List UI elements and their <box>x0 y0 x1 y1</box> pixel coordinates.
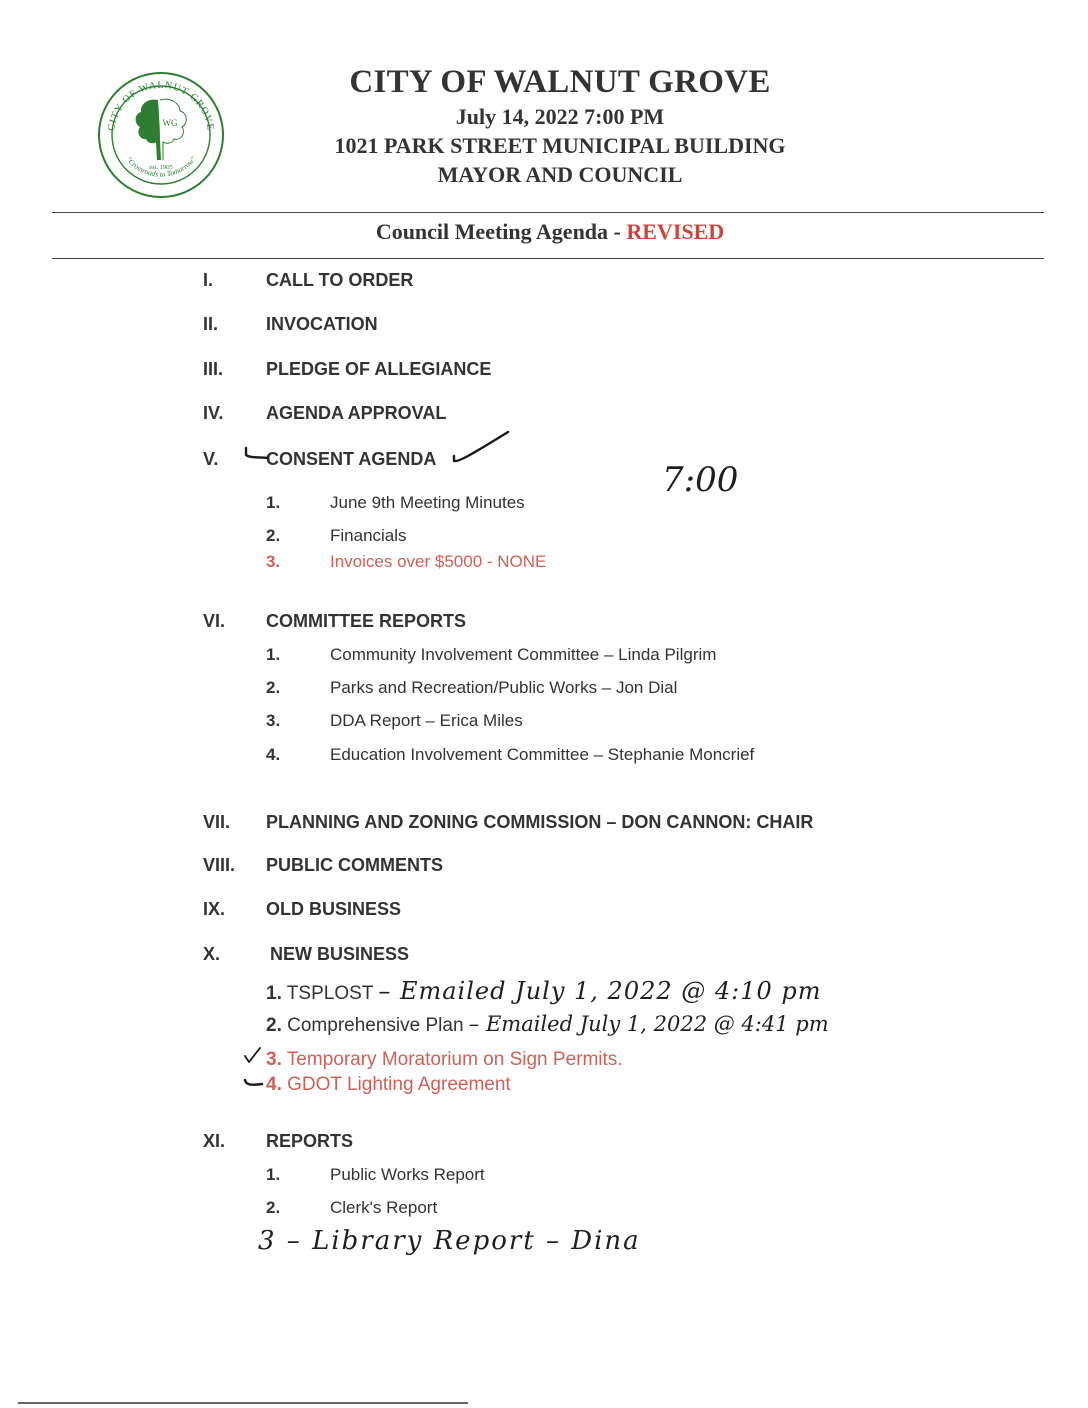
section-reports: REPORTS <box>266 1131 353 1152</box>
handwritten-emailed-note: – Emailed July 1, 2022 @ 4:10 pm <box>378 977 821 1005</box>
item-sign-moratorium: 3. Temporary Moratorium on Sign Permits. <box>266 1049 623 1071</box>
handwritten-time-note: 7:00 <box>662 460 738 500</box>
section-number: III. <box>203 359 223 380</box>
item-comprehensive-plan: 2. Comprehensive Plan – Emailed July 1, … <box>266 1012 829 1037</box>
agenda-subtitle: Council Meeting Agenda - REVISED <box>300 219 800 245</box>
city-title: CITY OF WALNUT GROVE <box>240 64 880 101</box>
section-number: V. <box>203 449 218 470</box>
seal-ring-text: CITY OF WALNUT GROVE <box>106 80 216 132</box>
item-number: 3. <box>266 711 280 731</box>
item-number: 4. <box>266 745 280 765</box>
svg-text:CITY OF WALNUT GROVE: CITY OF WALNUT GROVE <box>106 80 216 132</box>
item-public-works-report: Public Works Report <box>330 1165 485 1185</box>
governing-body: MAYOR AND COUNCIL <box>240 162 880 188</box>
item-gdot-lighting: 4. GDOT Lighting Agreement <box>266 1074 511 1096</box>
item-financials: Financials <box>330 526 407 546</box>
city-seal-logo: CITY OF WALNUT GROVE "Crossroads to Tomo… <box>96 70 226 200</box>
item-number: 2. <box>266 678 280 698</box>
section-agenda-approval: AGENDA APPROVAL <box>266 403 446 424</box>
header-divider-top <box>52 212 1044 213</box>
item-number: 1. <box>266 493 280 513</box>
section-old-business: OLD BUSINESS <box>266 899 401 920</box>
item-number: 1. <box>266 645 280 665</box>
item-number: 1. <box>266 1165 280 1185</box>
section-number: VII. <box>203 812 230 833</box>
section-planning-zoning: PLANNING AND ZONING COMMISSION – DON CAN… <box>266 812 813 833</box>
svg-text:WG: WG <box>163 118 178 128</box>
item-education-involvement: Education Involvement Committee – Stepha… <box>330 745 754 765</box>
item-number: 2. <box>266 526 280 546</box>
item-parks-recreation: Parks and Recreation/Public Works – Jon … <box>330 678 677 698</box>
item-clerks-report: Clerk's Report <box>330 1198 437 1218</box>
section-public-comments: PUBLIC COMMENTS <box>266 855 443 876</box>
revised-badge: REVISED <box>626 219 724 244</box>
section-number: II. <box>203 314 218 335</box>
section-number: IV. <box>203 403 223 424</box>
handwritten-emailed-note: – Emailed July 1, 2022 @ 4:41 pm <box>469 1012 829 1036</box>
section-committee-reports: COMMITTEE REPORTS <box>266 611 466 632</box>
section-new-business: NEW BUSINESS <box>270 944 409 965</box>
item-tsplost: 1. TSPLOST – Emailed July 1, 2022 @ 4:10… <box>266 977 822 1005</box>
consent-check-marks-icon <box>240 428 520 470</box>
item-june-minutes: June 9th Meeting Minutes <box>330 493 525 513</box>
section-invocation: INVOCATION <box>266 314 378 335</box>
section-number: X. <box>203 944 220 965</box>
section-number: VI. <box>203 611 225 632</box>
footer-line <box>18 1402 468 1404</box>
item-dda-report: DDA Report – Erica Miles <box>330 711 523 731</box>
header-divider-bottom <box>52 258 1044 259</box>
section-number: I. <box>203 270 213 291</box>
item-invoices-revised: Invoices over $5000 - NONE <box>330 552 546 572</box>
section-number: IX. <box>203 899 225 920</box>
section-number: VIII. <box>203 855 235 876</box>
section-pledge: PLEDGE OF ALLEGIANCE <box>266 359 491 380</box>
item-number: 3. <box>266 552 280 572</box>
meeting-date-time: July 14, 2022 7:00 PM <box>240 104 880 130</box>
section-call-to-order: CALL TO ORDER <box>266 270 413 291</box>
section-number: XI. <box>203 1131 225 1152</box>
handwritten-library-report: 3 – Library Report – Dina <box>258 1226 641 1256</box>
meeting-address: 1021 PARK STREET MUNICIPAL BUILDING <box>240 133 880 159</box>
subtitle-label: Council Meeting Agenda - <box>376 219 627 244</box>
item-community-involvement: Community Involvement Committee – Linda … <box>330 645 716 665</box>
item-number: 2. <box>266 1198 280 1218</box>
svg-text:est. 1905: est. 1905 <box>149 164 172 171</box>
